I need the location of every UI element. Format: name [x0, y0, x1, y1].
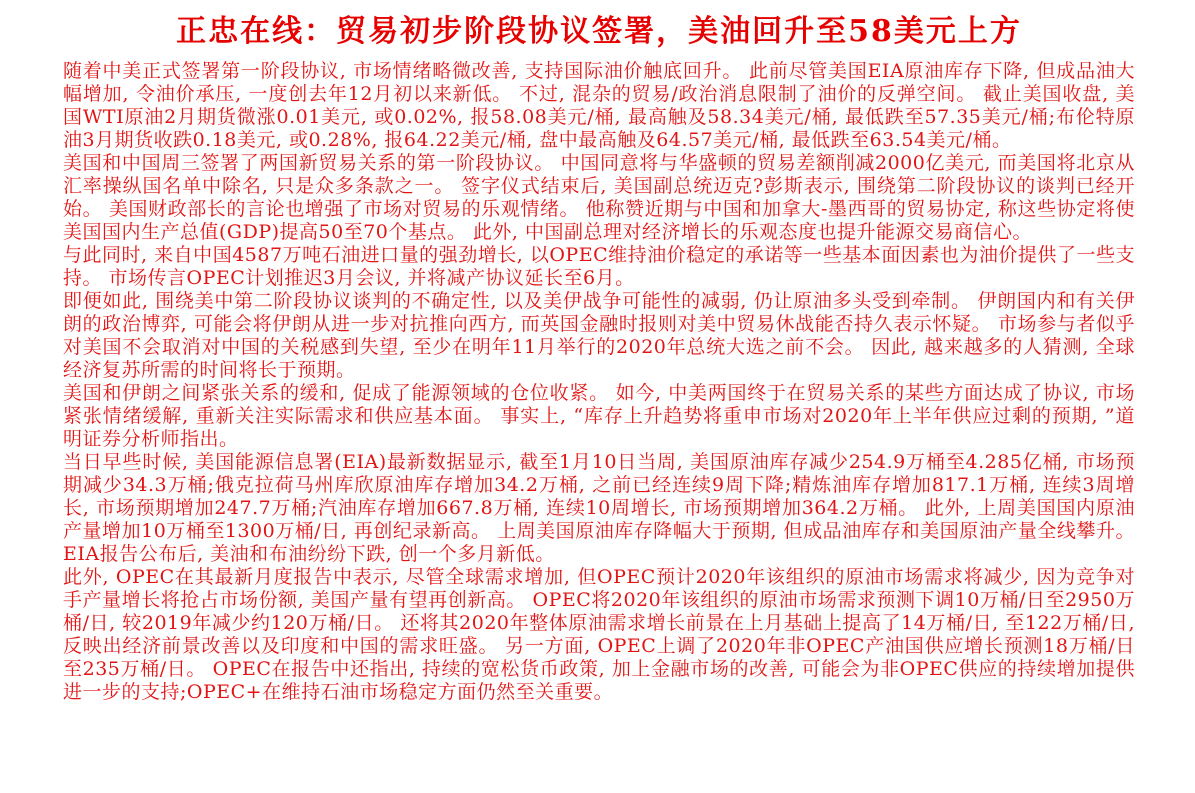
article-title: 正忠在线：贸易初步阶段协议签署，美油回升至58美元上方 [63, 14, 1135, 50]
article-page: 正忠在线：贸易初步阶段协议签署，美油回升至58美元上方 随着中美正式签署第一阶段… [0, 0, 1195, 793]
article-paragraph-china-imports-opec: 与此同时, 来自中国4587万吨石油进口量的强劲增长, 以OPEC维持油价稳定的… [63, 244, 1135, 290]
article-paragraph-phase-one-deal: 美国和中国周三签署了两国新贸易关系的第一阶段协议。 中国同意将与华盛顿的贸易差额… [63, 152, 1135, 244]
article-body: 随着中美正式签署第一阶段协议, 市场情绪略微改善, 支持国际油价触底回升。 此前… [63, 60, 1135, 704]
article-paragraph-market-overview: 随着中美正式签署第一阶段协议, 市场情绪略微改善, 支持国际油价触底回升。 此前… [63, 60, 1135, 152]
article-paragraph-opec-monthly-report: 此外, OPEC在其最新月度报告中表示, 尽管全球需求增加, 但OPEC预计20… [63, 566, 1135, 704]
article-paragraph-uncertainty: 即便如此, 围绕美中第二阶段协议谈判的不确定性, 以及美伊战争可能性的减弱, 仍… [63, 290, 1135, 382]
article-paragraph-us-iran-positions: 美国和伊朗之间紧张关系的缓和, 促成了能源领域的仓位收紧。 如今, 中美两国终于… [63, 382, 1135, 451]
article-paragraph-eia-data: 当日早些时候, 美国能源信息署(EIA)最新数据显示, 截至1月10日当周, 美… [63, 451, 1135, 566]
